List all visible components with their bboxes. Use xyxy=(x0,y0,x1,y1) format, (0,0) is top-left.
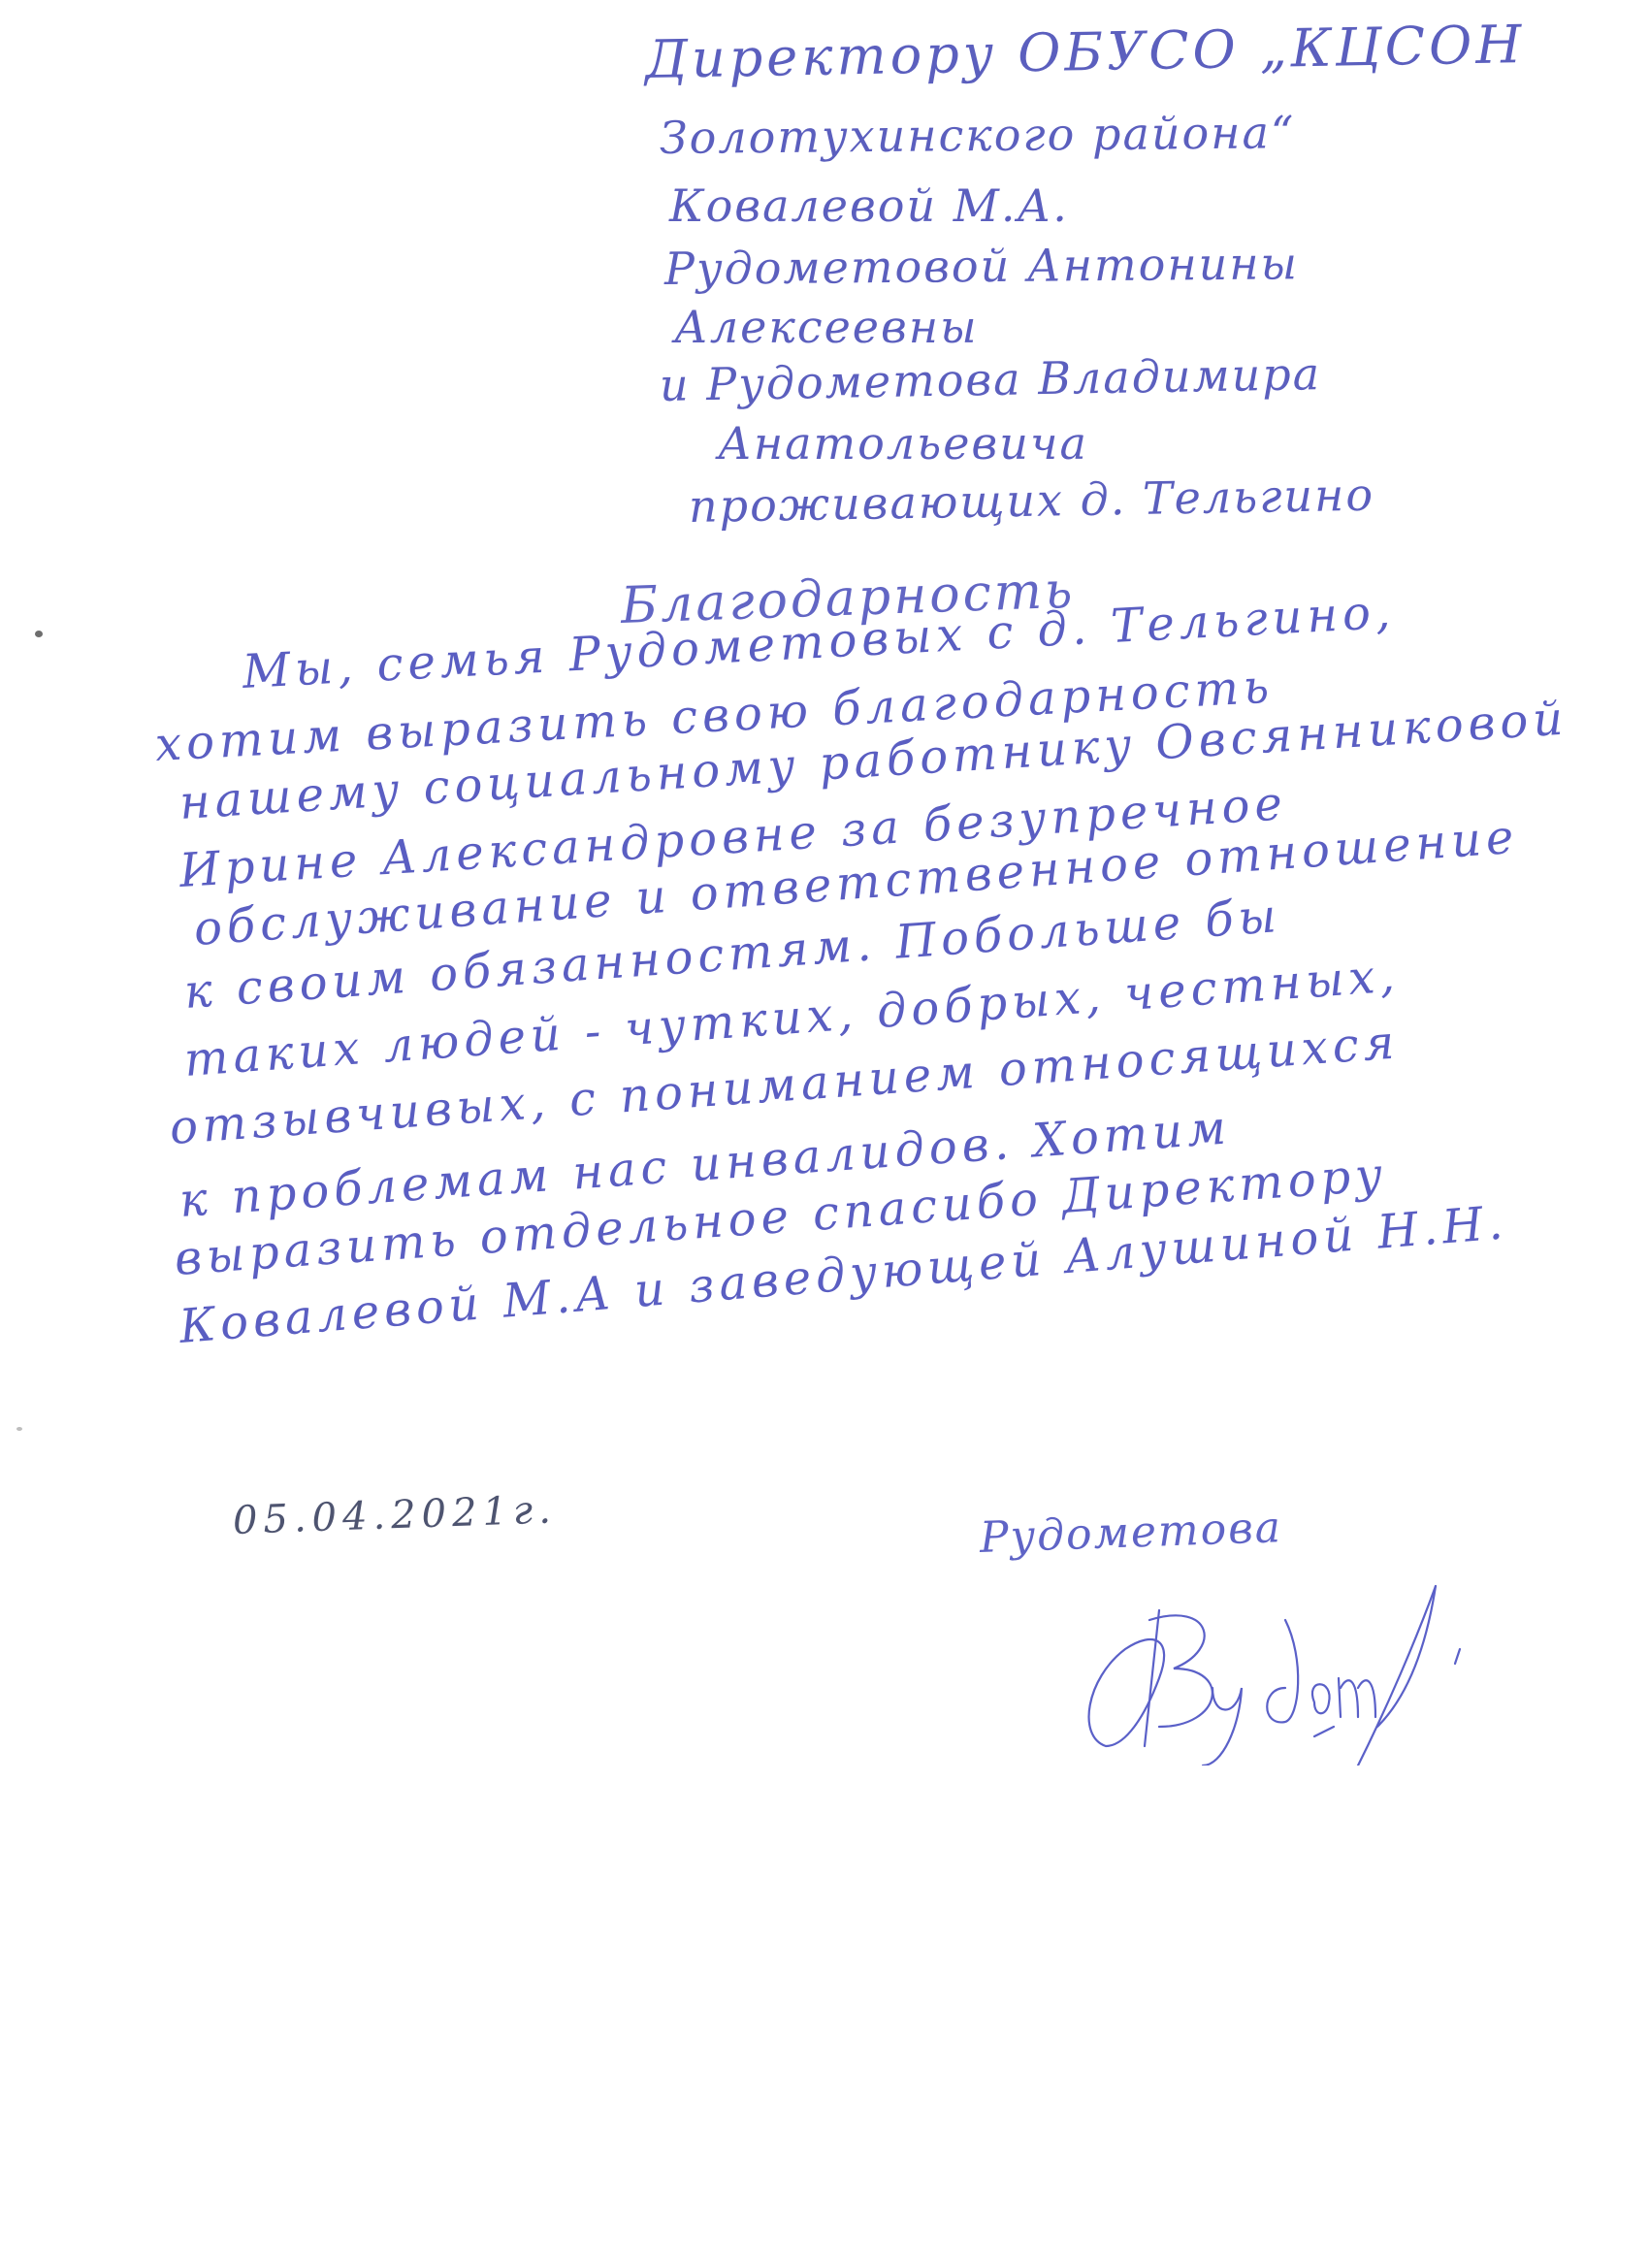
addressee-line-residence: проживающих д. Тельгино xyxy=(689,469,1375,533)
signature-name: Рудометова xyxy=(979,1503,1283,1563)
scan-speck xyxy=(16,1427,22,1431)
addressee-line-director-name: Ковалевой М.А. xyxy=(669,179,1069,232)
scan-speck xyxy=(35,631,43,637)
letter-date: 05.04.2021г. xyxy=(232,1487,557,1543)
addressee-line-district: Золотухинского района“ xyxy=(660,106,1296,164)
addressee-line-director: Директору ОБУСО „КЦСОН xyxy=(644,14,1525,90)
addressee-line-sender-1-patronymic: Алексеевны xyxy=(674,301,979,353)
addressee-line-sender-1: Рудометовой Антонины xyxy=(664,237,1299,295)
addressee-line-sender-2-patronymic: Анатольевича xyxy=(718,417,1088,470)
addressee-line-sender-2: и Рудометова Владимира xyxy=(660,347,1322,411)
signature-mark-icon xyxy=(1067,1581,1474,1766)
